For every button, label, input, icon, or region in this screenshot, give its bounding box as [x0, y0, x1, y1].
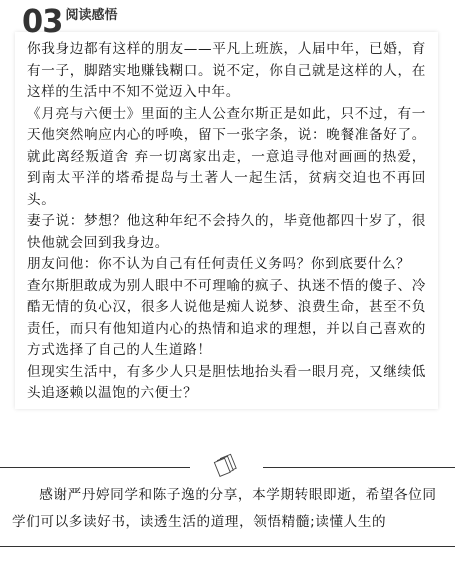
reading-reflection-card: 你我身边都有这样的朋友——平凡上班族，人届中年，已婚，育有一子，脚踏实地赚钱糊口… [15, 32, 438, 409]
paragraph: 你我身边都有这样的朋友——平凡上班族，人届中年，已婚，育有一子，脚踏实地赚钱糊口… [27, 39, 426, 104]
paragraph: 朋友问他：你不认为自己有任何责任义务吗？你到底要什么？ [27, 254, 426, 276]
divider-line-left [0, 467, 190, 468]
closing-remarks: 感谢严丹婷同学和陈子逸的分享，本学期转眼即逝，希望各位同学们可以多读好书，读透生… [12, 482, 448, 536]
divider-bottom [0, 546, 455, 547]
divider-line-right [263, 467, 455, 468]
stacked-cards-icon [213, 453, 243, 479]
paragraph: 妻子说：梦想？他这种年纪不会持久的，毕竟他都四十岁了，很快他就会回到我身边。 [27, 211, 426, 254]
paragraph: 查尔斯胆敢成为别人眼中不可理喻的疯子、执迷不悟的傻子、冷酷无情的负心汉，很多人说… [27, 276, 426, 362]
section-title: 阅读感悟 [66, 9, 118, 23]
section-number: 03 [22, 6, 62, 36]
section-header: 03 阅读感悟 [22, 4, 118, 36]
closing-paragraph: 感谢严丹婷同学和陈子逸的分享，本学期转眼即逝，希望各位同学们可以多读好书，读透生… [12, 482, 448, 536]
paragraph: 但现实生活中，有多少人只是胆怯地抬头看一眼月亮，又继续低头追逐赖以温饱的六便士？ [27, 362, 426, 405]
card-body: 你我身边都有这样的朋友——平凡上班族，人届中年，已婚，育有一子，脚踏实地赚钱糊口… [27, 39, 426, 405]
paragraph: 《月亮与六便士》里面的主人公查尔斯正是如此，只不过，有一天他突然响应内心的呼唤，… [27, 104, 426, 212]
